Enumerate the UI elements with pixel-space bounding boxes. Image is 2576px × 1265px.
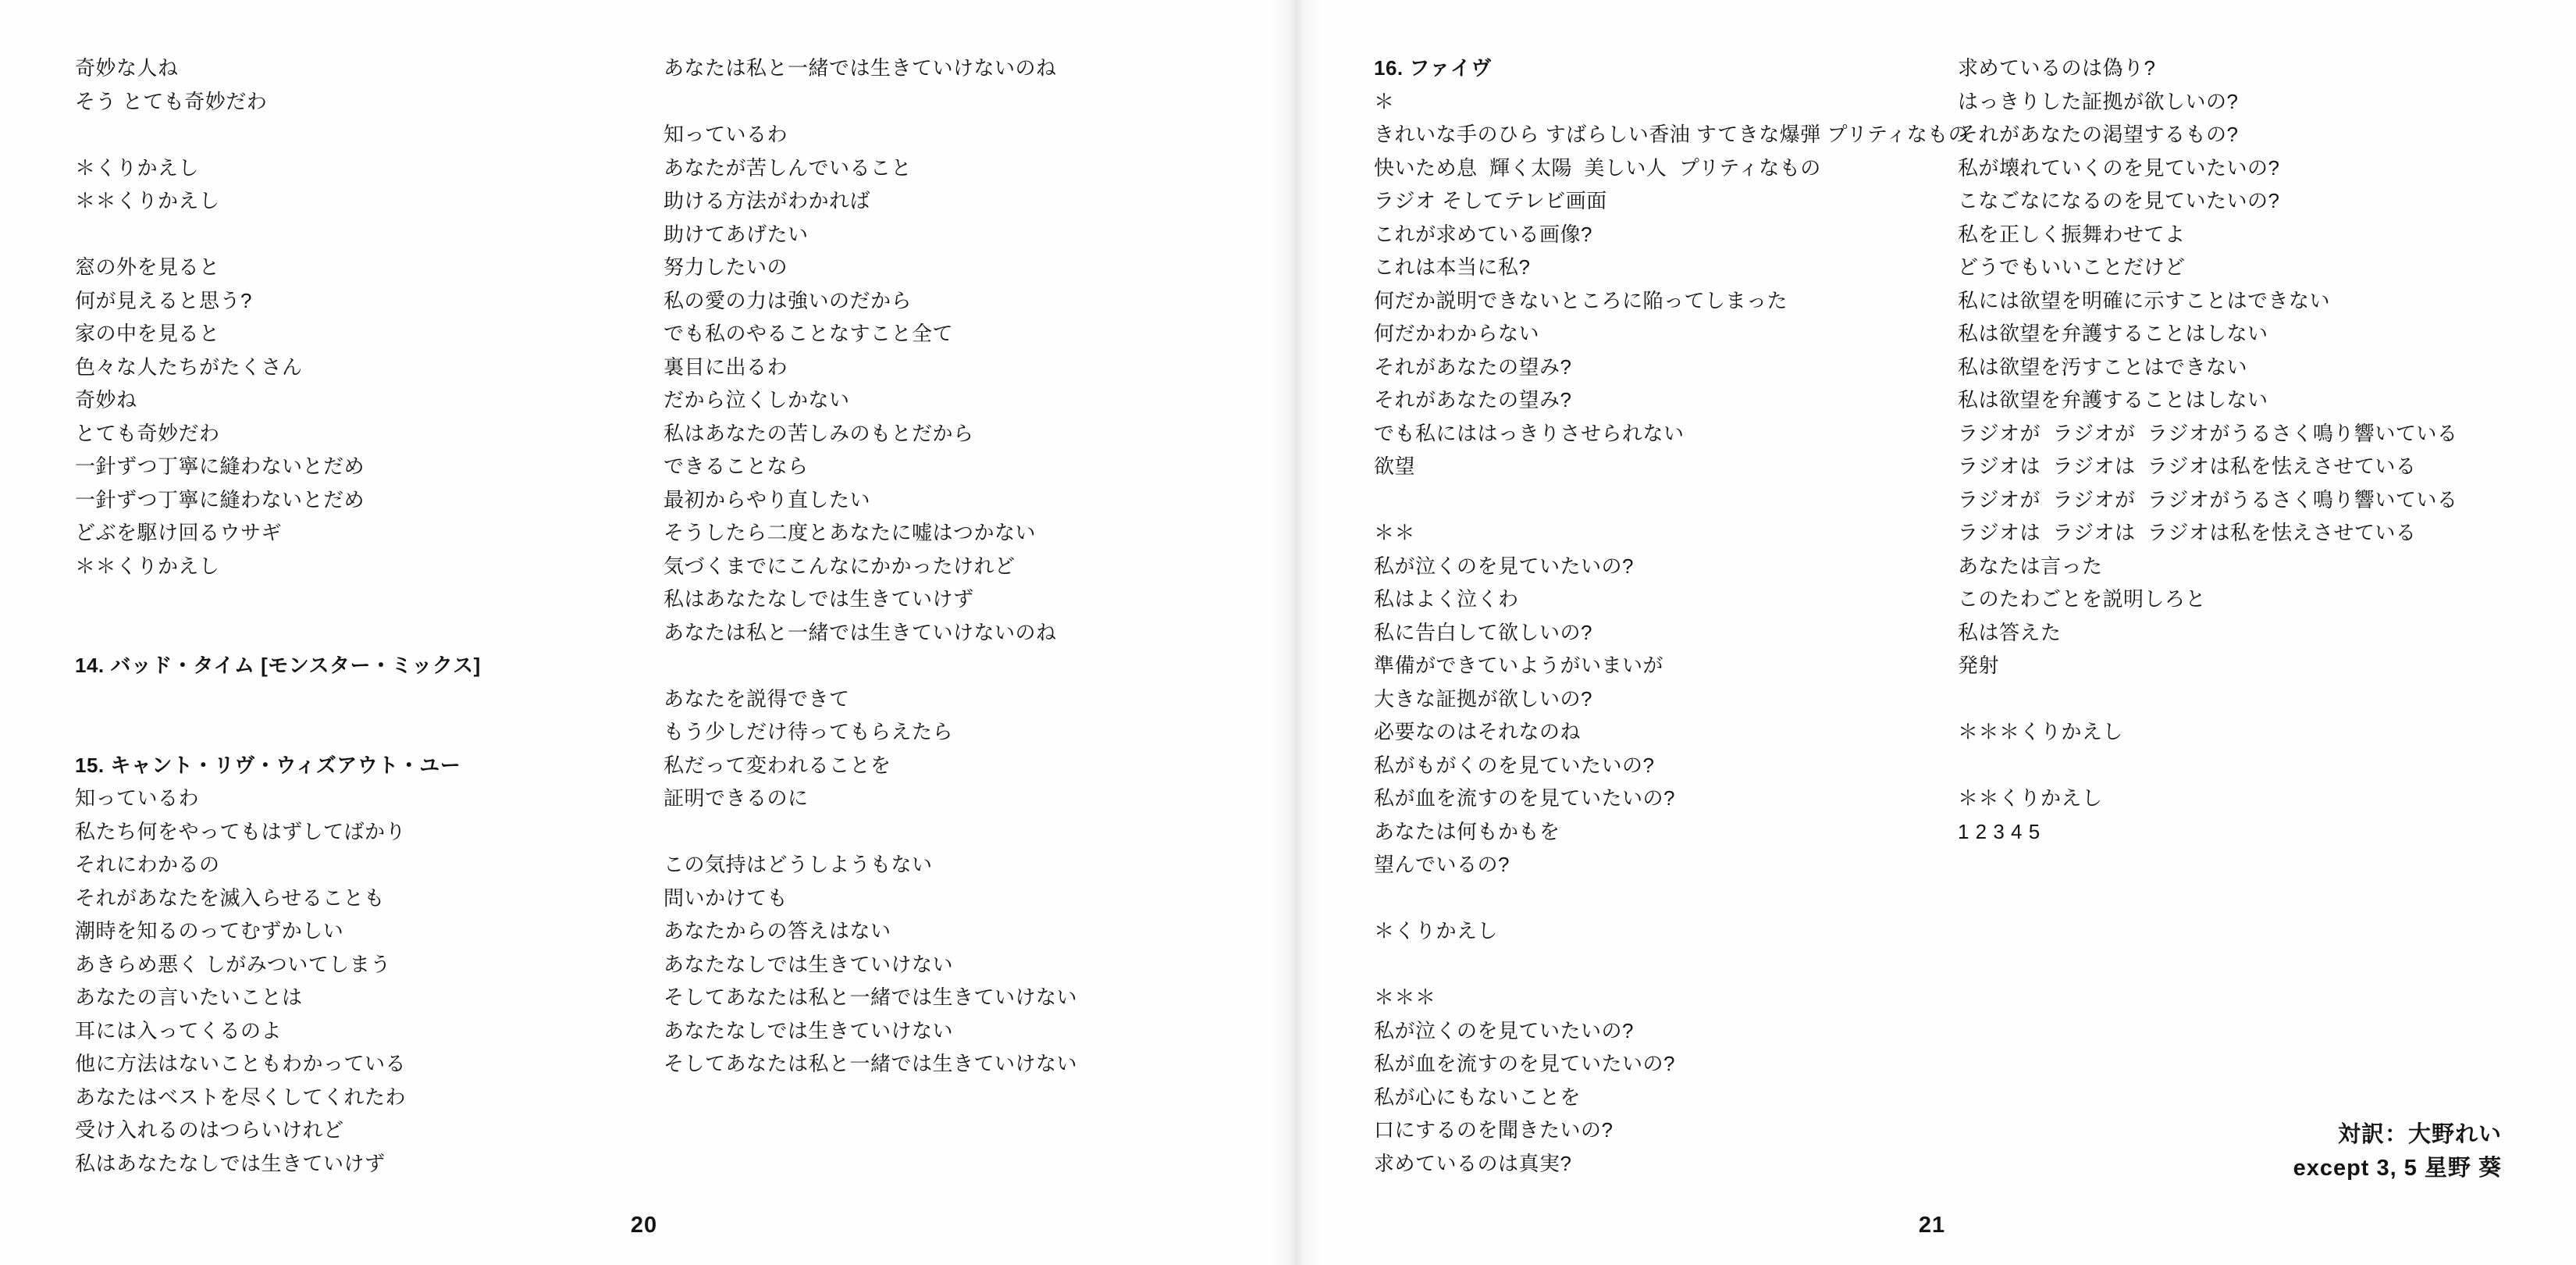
blank-line xyxy=(75,715,481,749)
lyric-line: あなたなしでは生きていけない xyxy=(664,948,1077,982)
lyric-line: ラジオは ラジオは ラジオは私を怯えさせている xyxy=(1958,516,2457,550)
lyrics-column-2: あなたは私と一緒では生きていけないのね 知っているわあなたが苦しんでいること助け… xyxy=(664,52,1077,1081)
lyric-line: あなたを説得できて xyxy=(664,682,1077,716)
lyric-line: そしてあなたは私と一緒では生きていけない xyxy=(664,1047,1077,1081)
blank-line xyxy=(664,85,1077,119)
lyric-line: あなたは私と一緒では生きていけないのね xyxy=(664,52,1077,85)
lyric-line: 私が血を流すのを見ていたいの? xyxy=(1374,782,1969,815)
lyric-line: 努力したいの xyxy=(664,251,1077,284)
lyric-line: 快いため息 輝く太陽 美しい人 プリティなもの xyxy=(1374,151,1969,185)
lyric-line: 私には欲望を明確に示すことはできない xyxy=(1958,284,2457,318)
lyric-line: あなたが苦しんでいること xyxy=(664,151,1077,185)
lyric-line: ＊くりかえし xyxy=(75,151,481,185)
lyric-line: 求めているのは真実? xyxy=(1374,1147,1969,1181)
lyric-line: 何だかわからない xyxy=(1374,317,1969,351)
lyric-line: それにわかるの xyxy=(75,848,481,882)
lyric-line: ＊くりかえし xyxy=(1374,914,1969,948)
lyric-line: 私が壊れていくのを見ていたいの? xyxy=(1958,151,2457,185)
lyric-line: ラジオ そしてテレビ画面 xyxy=(1374,184,1969,218)
lyric-line: 私に告白して欲しいの? xyxy=(1374,616,1969,650)
lyric-line: 大きな証拠が欲しいの? xyxy=(1374,682,1969,716)
lyric-line: 私が泣くのを見ていたいの? xyxy=(1374,550,1969,583)
lyric-line: ＊＊くりかえし xyxy=(75,550,481,583)
lyric-line: 裏目に出るわ xyxy=(664,351,1077,384)
blank-line xyxy=(75,218,481,251)
lyric-line: もう少しだけ待ってもらえたら xyxy=(664,715,1077,749)
lyric-line: それがあなたの渇望するもの? xyxy=(1958,118,2457,151)
lyric-line: ラジオが ラジオが ラジオがうるさく鳴り響いている xyxy=(1958,417,2457,451)
lyric-line: 潮時を知るのってむずかしい xyxy=(75,914,481,948)
lyric-line: 色々な人たちがたくさん xyxy=(75,351,481,384)
blank-line xyxy=(75,682,481,716)
translation-credits: 対訳：大野れい except 3, 5 星野 葵 xyxy=(2293,1118,2502,1185)
lyric-line: 知っているわ xyxy=(664,118,1077,151)
lyric-line: でも私のやることなすこと全て xyxy=(664,317,1077,351)
lyric-line: 私は答えた xyxy=(1958,616,2457,650)
lyric-line: 耳には入ってくるのよ xyxy=(75,1014,481,1048)
lyric-line: 何が見えると思う? xyxy=(75,284,481,318)
lyric-line: 助けてあげたい xyxy=(664,218,1077,251)
blank-line xyxy=(664,649,1077,682)
lyrics-booklet-spread: 奇妙な人ねそう とても奇妙だわ ＊くりかえし＊＊くりかえし 窓の外を見ると何が見… xyxy=(0,0,2576,1265)
lyric-line: 私は欲望を弁護することはしない xyxy=(1958,383,2457,417)
lyric-line: ＊＊ xyxy=(1374,516,1969,550)
blank-line xyxy=(1958,682,2457,716)
lyric-line: 私はあなたなしでは生きていけず xyxy=(664,583,1077,616)
lyric-line: 私は欲望を弁護することはしない xyxy=(1958,317,2457,351)
lyric-line: このたわごとを説明しろと xyxy=(1958,583,2457,616)
lyric-line: 助ける方法がわかれば xyxy=(664,184,1077,218)
lyric-line: 私だって変われることを xyxy=(664,749,1077,782)
lyric-line: あなたは何もかもを xyxy=(1374,815,1969,849)
lyric-line: 奇妙な人ね xyxy=(75,52,481,85)
lyric-line: 一針ずつ丁寧に縫わないとだめ xyxy=(75,450,481,483)
lyric-line: あなたなしでは生きていけない xyxy=(664,1014,1077,1048)
lyric-line: それがあなたの望み? xyxy=(1374,351,1969,384)
credit-translator: 対訳：大野れい xyxy=(2293,1118,2502,1152)
lyrics-column-4: 求めているのは偽り?はっきりした証拠が欲しいの?それがあなたの渇望するもの?私が… xyxy=(1958,52,2457,848)
credit-exception: except 3, 5 星野 葵 xyxy=(2293,1152,2502,1185)
lyric-line: 欲望 xyxy=(1374,450,1969,483)
lyric-line: 口にするのを聞きたいの? xyxy=(1374,1114,1969,1147)
lyric-line: 私はあなたなしでは生きていけず xyxy=(75,1147,481,1181)
lyric-line: 必要なのはそれなのね xyxy=(1374,715,1969,749)
lyric-line: 私が血を流すのを見ていたいの? xyxy=(1374,1047,1969,1081)
lyric-line: 私はよく泣くわ xyxy=(1374,583,1969,616)
lyric-line: ラジオは ラジオは ラジオは私を怯えさせている xyxy=(1958,450,2457,483)
lyric-line: 家の中を見ると xyxy=(75,317,481,351)
lyric-line: 発射 xyxy=(1958,649,2457,682)
lyrics-column-3: 16. ファイヴ＊きれいな手のひら すばらしい香油 すてきな爆弾 プリティなもの… xyxy=(1374,52,1969,1180)
lyric-line: ＊＊くりかえし xyxy=(75,184,481,218)
lyric-line: 証明できるのに xyxy=(664,782,1077,815)
lyric-line: はっきりした証拠が欲しいの? xyxy=(1958,85,2457,119)
lyric-line: あなたからの答えはない xyxy=(664,914,1077,948)
lyric-line: できることなら xyxy=(664,450,1077,483)
blank-line xyxy=(664,815,1077,849)
lyric-line: 何だか説明できないところに陥ってしまった xyxy=(1374,284,1969,318)
lyric-line: これが求めている画像? xyxy=(1374,218,1969,251)
lyric-line: 知っているわ xyxy=(75,782,481,815)
lyric-line: 望んでいるの? xyxy=(1374,848,1969,882)
lyric-line: 気づくまでにこんなにかかったけれど xyxy=(664,550,1077,583)
lyric-line: 私は欲望を汚すことはできない xyxy=(1958,351,2457,384)
blank-line xyxy=(75,118,481,151)
lyric-line: きれいな手のひら すばらしい香油 すてきな爆弾 プリティなもの xyxy=(1374,118,1969,151)
lyric-line: この気持はどうしようもない xyxy=(664,848,1077,882)
blank-line xyxy=(1374,882,1969,915)
lyric-line: 私が泣くのを見ていたいの? xyxy=(1374,1014,1969,1048)
lyric-line: ＊＊＊ xyxy=(1374,981,1969,1014)
lyric-line: 最初からやり直したい xyxy=(664,483,1077,517)
lyric-line: だから泣くしかない xyxy=(664,383,1077,417)
blank-line xyxy=(1374,948,1969,982)
track-title-line: 15. キャント・リヴ・ウィズアウト・ユー xyxy=(75,749,481,782)
page-number-right: 21 xyxy=(1901,1213,1963,1238)
blank-line xyxy=(75,583,481,616)
blank-line xyxy=(75,616,481,650)
lyric-line: どぶを駆け回るウサギ xyxy=(75,516,481,550)
lyric-line: 求めているのは偽り? xyxy=(1958,52,2457,85)
track-title-line: 16. ファイヴ xyxy=(1374,52,1969,85)
lyric-line: こなごなになるのを見ていたいの? xyxy=(1958,184,2457,218)
lyric-line: あなたは言った xyxy=(1958,550,2457,583)
lyric-line: あなたは私と一緒では生きていけないのね xyxy=(664,616,1077,650)
lyric-line: 一針ずつ丁寧に縫わないとだめ xyxy=(75,483,481,517)
lyric-line: そうしたら二度とあなたに嘘はつかない xyxy=(664,516,1077,550)
lyric-line: 私がもがくのを見ていたいの? xyxy=(1374,749,1969,782)
blank-line xyxy=(1374,483,1969,517)
lyric-line: 奇妙ね xyxy=(75,383,481,417)
lyric-line: どうでもいいことだけど xyxy=(1958,251,2457,284)
lyrics-column-1: 奇妙な人ねそう とても奇妙だわ ＊くりかえし＊＊くりかえし 窓の外を見ると何が見… xyxy=(75,52,481,1180)
lyric-line: 他に方法はないこともわかっている xyxy=(75,1047,481,1081)
lyric-line: 1 2 3 4 5 xyxy=(1958,815,2457,849)
lyric-line: 私はあなたの苦しみのもとだから xyxy=(664,417,1077,451)
lyric-line: あきらめ悪く しがみついてしまう xyxy=(75,948,481,982)
lyric-line: 私を正しく振舞わせてよ xyxy=(1958,218,2457,251)
lyric-line: それがあなたの望み? xyxy=(1374,383,1969,417)
lyric-line: 窓の外を見ると xyxy=(75,251,481,284)
lyric-line: とても奇妙だわ xyxy=(75,417,481,451)
lyric-line: あなたはベストを尽くしてくれたわ xyxy=(75,1081,481,1114)
lyric-line: ＊ xyxy=(1374,85,1969,119)
lyric-line: ＊＊くりかえし xyxy=(1958,782,2457,815)
lyric-line: これは本当に私? xyxy=(1374,251,1969,284)
lyric-line: 問いかけても xyxy=(664,882,1077,915)
track-title-line: 14. バッド・タイム [モンスター・ミックス] xyxy=(75,649,481,682)
lyric-line: 私たち何をやってもはずしてばかり xyxy=(75,815,481,849)
lyric-line: ＊＊＊くりかえし xyxy=(1958,715,2457,749)
lyric-line: でも私にははっきりさせられない xyxy=(1374,417,1969,451)
blank-line xyxy=(1958,749,2457,782)
lyric-line: そう とても奇妙だわ xyxy=(75,85,481,119)
page-number-left: 20 xyxy=(613,1213,675,1238)
lyric-line: 私の愛の力は強いのだから xyxy=(664,284,1077,318)
page-gutter-shadow xyxy=(1271,0,1321,1265)
lyric-line: ラジオが ラジオが ラジオがうるさく鳴り響いている xyxy=(1958,483,2457,517)
lyric-line: あなたの言いたいことは xyxy=(75,981,481,1014)
lyric-line: 私が心にもないことを xyxy=(1374,1081,1969,1114)
lyric-line: そしてあなたは私と一緒では生きていけない xyxy=(664,981,1077,1014)
lyric-line: それがあなたを滅入らせることも xyxy=(75,882,481,915)
lyric-line: 準備ができていようがいまいが xyxy=(1374,649,1969,682)
lyric-line: 受け入れるのはつらいけれど xyxy=(75,1114,481,1147)
